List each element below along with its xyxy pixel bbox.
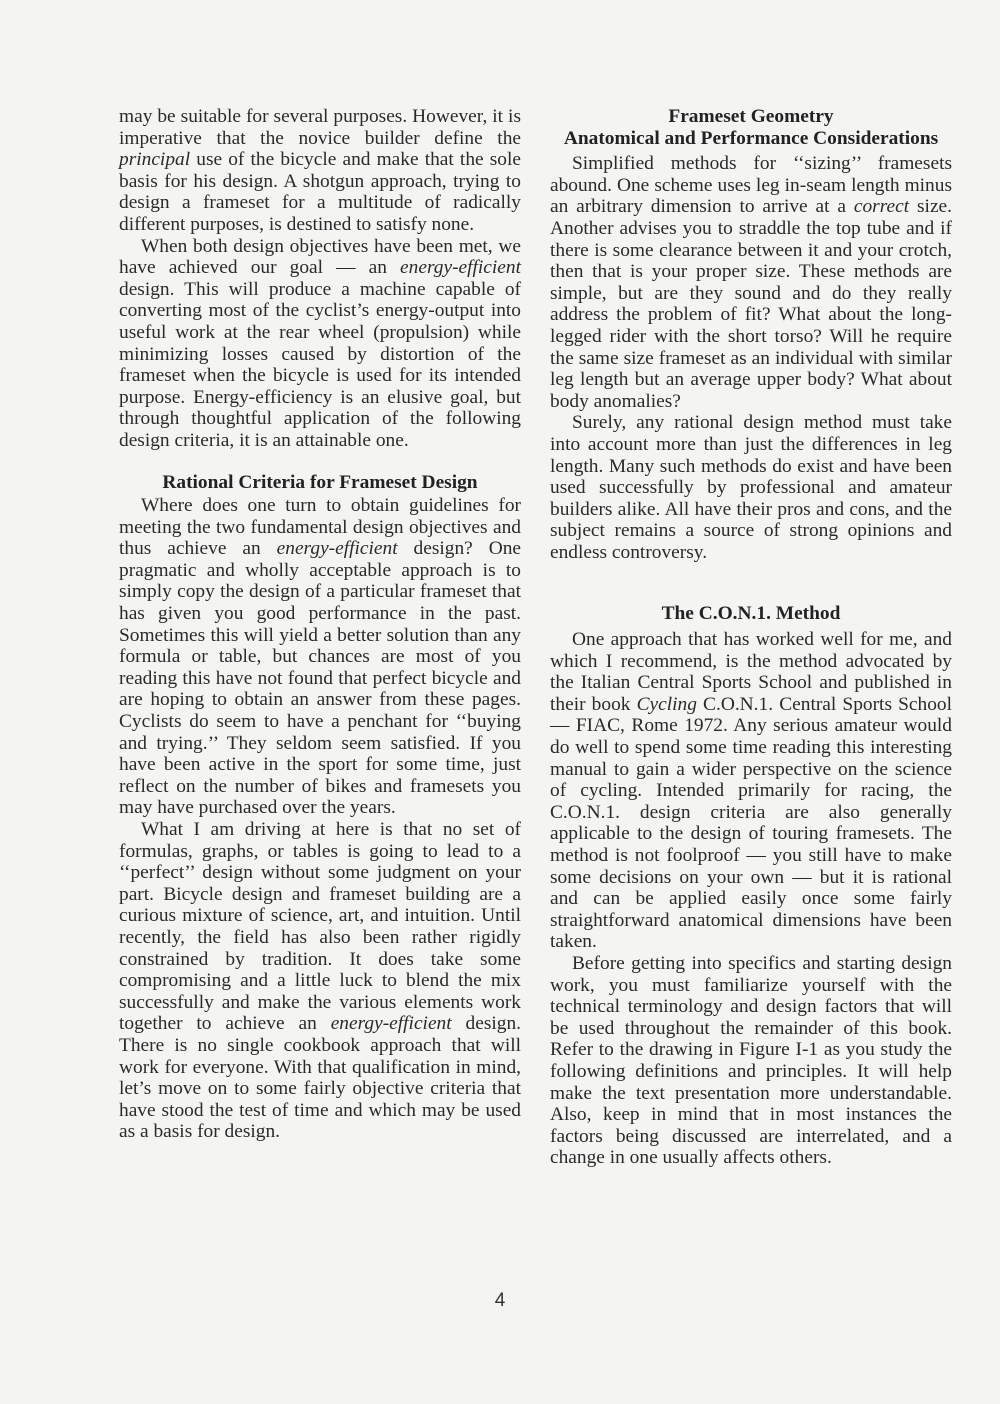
section-subheading: Anatomical and Performance Consideration…	[550, 128, 952, 150]
page-number: 4	[0, 1290, 1000, 1312]
right-column: Frameset Geometry Anatomical and Perform…	[550, 106, 952, 1169]
section-heading: The C.O.N.1. Method	[550, 603, 952, 625]
paragraph: Surely, any rational design method must …	[550, 412, 952, 563]
paragraph: Before getting into specifics and starti…	[550, 953, 952, 1169]
paragraph: Where does one turn to obtain guidelines…	[119, 495, 521, 819]
paragraph: Simplified methods for ‘‘sizing’’ frames…	[550, 153, 952, 412]
section-heading: Rational Criteria for Frameset Design	[119, 472, 521, 494]
paragraph: One approach that has worked well for me…	[550, 629, 952, 953]
paragraph: may be suitable for several purposes. Ho…	[119, 106, 521, 236]
left-column: may be suitable for several purposes. Ho…	[119, 106, 521, 1143]
paragraph: When both design objectives have been me…	[119, 236, 521, 452]
section-heading: Frameset Geometry	[550, 106, 952, 128]
paragraph: What I am driving at here is that no set…	[119, 819, 521, 1143]
